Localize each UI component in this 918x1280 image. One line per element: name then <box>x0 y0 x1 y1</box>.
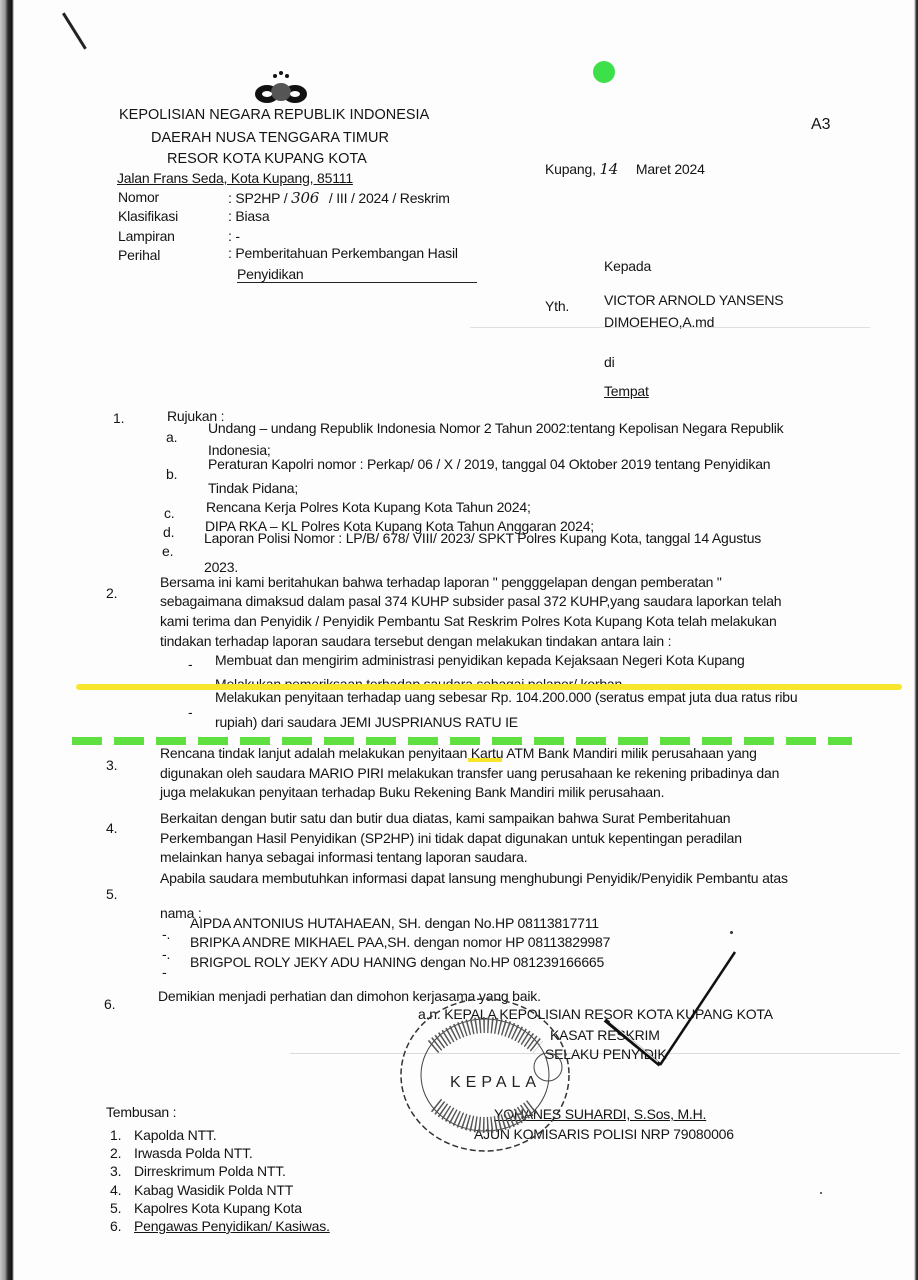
police-emblem-icon <box>253 70 309 106</box>
letterhead-line2: DAERAH NUSA TENGGARA TIMUR <box>151 130 389 146</box>
ref-b-line2: Tindak Pidana; <box>208 480 298 496</box>
contact3-dash: - <box>162 964 166 980</box>
item4-line3: melainkan hanya sebagai informasi tentan… <box>160 849 527 865</box>
item3-number: 3. <box>106 757 117 773</box>
tembusan-item-1: 1.Kapolda NTT. <box>110 1127 216 1143</box>
item6-number: 6. <box>104 996 115 1012</box>
contact1-text: AIPDA ANTONIUS HUTAHAEAN, SH. dengan No.… <box>190 915 599 931</box>
letterhead-address: Jalan Frans Seda, Kota Kupang, 85111 <box>117 170 435 186</box>
item4-number: 4. <box>106 820 117 836</box>
perihal-line1: : Pemberitahuan Perkembangan Hasil <box>228 245 458 261</box>
perihal-label: Perihal <box>118 247 160 263</box>
ref-d-letter: d. <box>163 524 174 540</box>
handwritten-signature <box>540 950 760 1110</box>
nomor-prefix: : SP2HP / <box>228 190 287 206</box>
item2-number: 2. <box>106 585 117 601</box>
yellow-highlight-line <box>76 684 902 690</box>
contact1-dash: -. <box>162 926 170 942</box>
nomor-value: : SP2HP / 306 / III / 2024 / Reskrim <box>228 189 450 207</box>
tembusan-item-4: 4.Kabag Wasidik Polda NTT <box>110 1182 293 1198</box>
ref-c-letter: c. <box>164 505 175 521</box>
perihal-line2: Penyidikan <box>237 266 477 283</box>
tembusan-item-3: 3.Dirreskrimum Polda NTT. <box>110 1163 286 1179</box>
scan-fold-line <box>470 327 870 328</box>
ref-c-line1: Rencana Kerja Polres Kota Kupang Kota Ta… <box>206 499 531 515</box>
klasifikasi-label: Klasifikasi <box>118 208 178 224</box>
svg-text:KEPALA: KEPALA <box>450 1074 541 1091</box>
pen-mark <box>62 12 87 49</box>
item2-line2: sebagaimana dimaksud dalam pasal 374 KUH… <box>160 593 781 609</box>
green-dot-marker <box>593 61 615 83</box>
di-label: di <box>604 354 615 370</box>
date-place: Kupang, <box>545 161 596 177</box>
scan-edge-left <box>0 0 14 1280</box>
date-month-year: Maret 2024 <box>636 161 705 177</box>
bullet3-line1: Melakukan penyitaan terhadap uang sebesa… <box>215 689 797 705</box>
date-day-handwritten: 14 <box>599 160 618 178</box>
item5-number: 5. <box>106 886 117 902</box>
tempat-label: Tempat <box>604 383 649 399</box>
nomor-label: Nomor <box>118 189 159 205</box>
tembusan-item-6: 6.Pengawas Penyidikan/ Kasiwas. <box>110 1218 330 1234</box>
kepada-label: Kepada <box>604 258 651 274</box>
item3-line2: digunakan oleh saudara MARIO PIRI melaku… <box>160 765 779 781</box>
klasifikasi-value: : Biasa <box>228 208 269 224</box>
item2-line4: tindakan terhadap laporan saudara terseb… <box>160 633 671 649</box>
ink-speck <box>820 1192 822 1194</box>
letterhead-line3: RESOR KOTA KUPANG KOTA <box>167 151 367 167</box>
item2-line3: kami terima dan Penyidik / Penyidik Pemb… <box>160 613 777 629</box>
bullet1-text: Membuat dan mengirim administrasi penyid… <box>215 652 745 668</box>
tembusan-title: Tembusan : <box>106 1104 176 1120</box>
lampiran-value: : - <box>228 228 240 244</box>
scan-edge-right <box>914 0 918 1280</box>
yth-label: Yth. <box>545 298 569 314</box>
green-dashed-line <box>72 737 852 745</box>
ref-e-line1: Laporan Polisi Nomor : LP/B/ 678/ VIII/ … <box>204 530 761 546</box>
ref-b-line1: Peraturan Kapolri nomor : Perkap/ 06 / X… <box>208 456 770 472</box>
item1-number: 1. <box>113 410 124 426</box>
ink-dot <box>730 931 733 934</box>
item4-line2: Perkembangan Hasil Penyidikan (SP2HP) in… <box>160 830 742 846</box>
tembusan-item-2: 2.Irwasda Polda NTT. <box>110 1145 253 1161</box>
bullet3-dash: - <box>188 704 192 720</box>
contact2-text: BRIPKA ANDRE MIKHAEL PAA,SH. dengan nomo… <box>190 934 610 950</box>
nomor-handwritten: 306 <box>291 189 319 207</box>
item4-line1: Berkaitan dengan butir satu dan butir du… <box>160 810 730 826</box>
ref-a-letter: a. <box>166 429 177 445</box>
lampiran-label: Lampiran <box>118 228 175 244</box>
ref-b-letter: b. <box>166 466 177 482</box>
letterhead-line1: KEPOLISIAN NEGARA REPUBLIK INDONESIA <box>119 107 429 123</box>
letter-date: Kupang, 14 Maret 2024 <box>545 160 705 178</box>
item3-line1: Rencana tindak lanjut adalah melakukan p… <box>160 745 757 761</box>
contact2-dash: -. <box>162 946 170 962</box>
ref-e-line2: 2023. <box>204 559 238 575</box>
ref-a-line1: Undang – undang Republik Indonesia Nomor… <box>208 420 783 436</box>
document-code: A3 <box>811 116 831 134</box>
yellow-highlight-mark <box>468 758 502 762</box>
nomor-suffix: / III / 2024 / Reskrim <box>329 190 450 206</box>
tembusan-item-5: 5.Kapolres Kota Kupang Kota <box>110 1200 302 1216</box>
ref-e-letter: e. <box>162 543 173 559</box>
bullet1-dash: - <box>188 656 192 672</box>
item5-line1: Apabila saudara membutuhkan informasi da… <box>160 870 788 886</box>
bullet3-line2: rupiah) dari saudara JEMI JUSPRIANUS RAT… <box>215 714 518 730</box>
recipient-name-line1: VICTOR ARNOLD YANSENS <box>604 292 783 308</box>
item2-line1: Bersama ini kami beritahukan bahwa terha… <box>160 574 722 590</box>
item3-line3: juga melakukan penyitaan terhadap Buku R… <box>160 784 664 800</box>
